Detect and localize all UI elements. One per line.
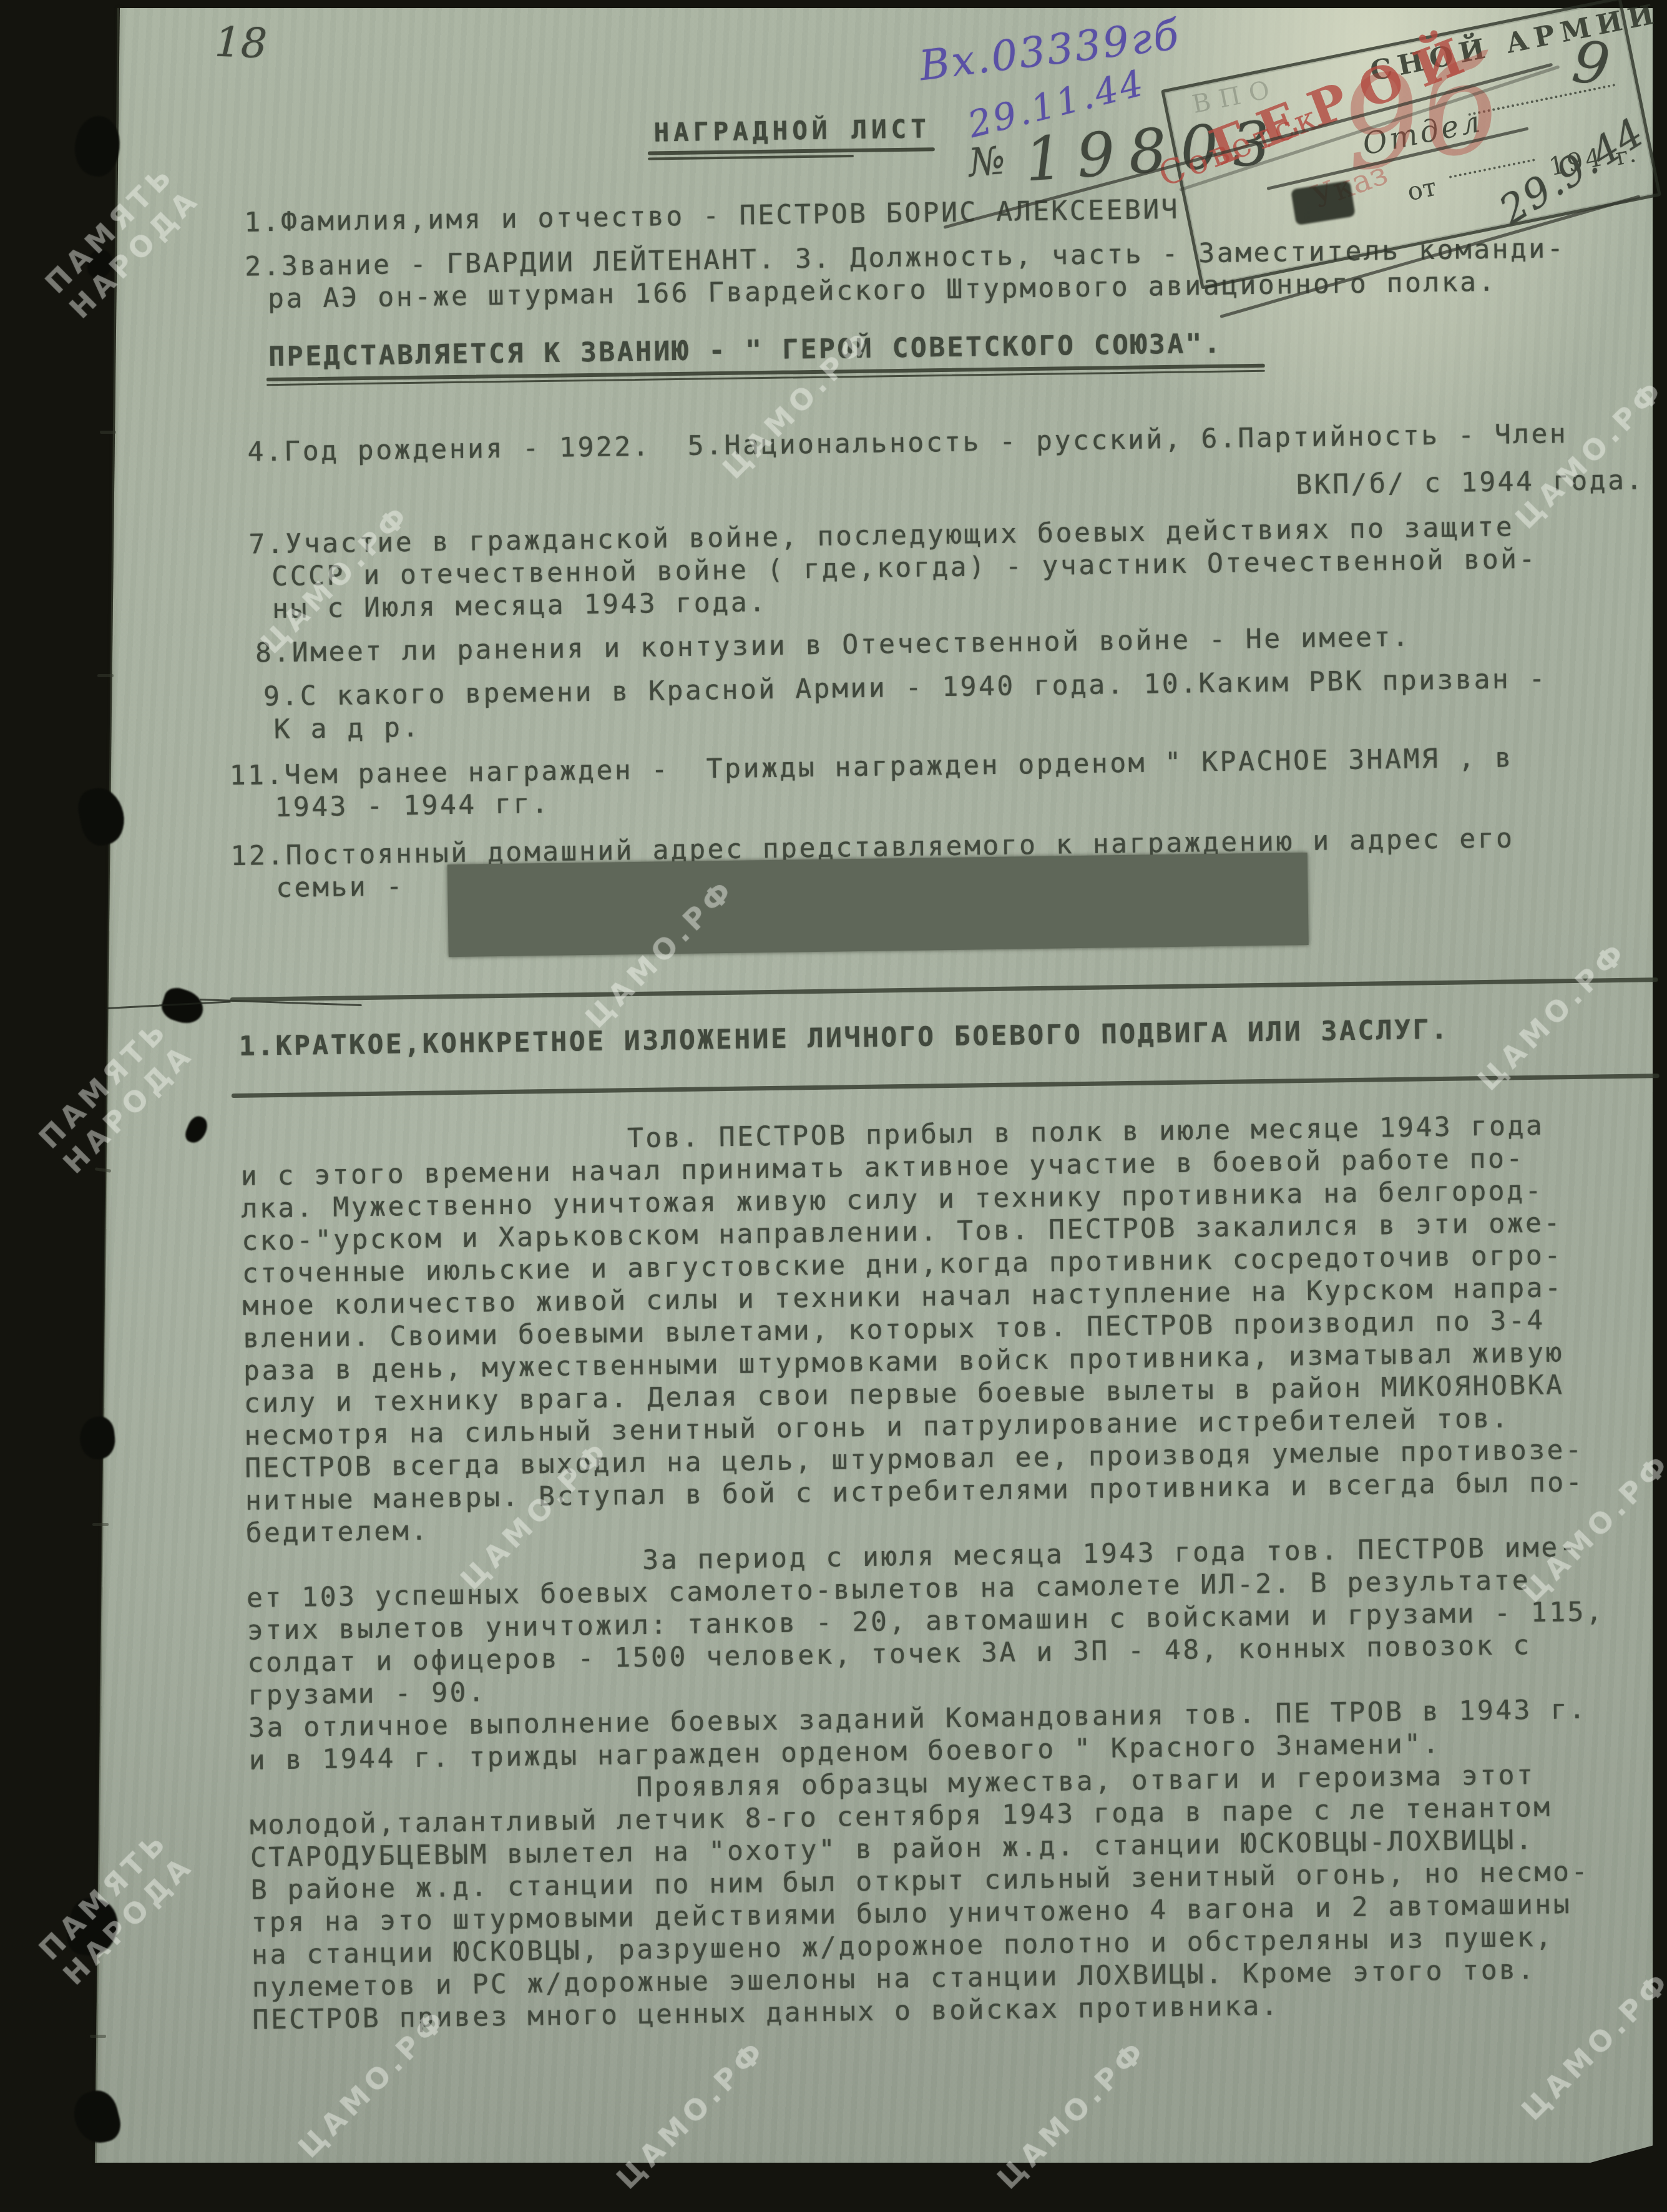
redaction-box xyxy=(447,853,1309,957)
form-item-4-5-6: 4.Год рождения - 1922. 5.Национальность … xyxy=(247,418,1568,468)
body-line: бедителем. xyxy=(245,1515,429,1549)
horizontal-rule-bottom xyxy=(232,1074,1660,1098)
form-item-9-10-line2: К а д р. xyxy=(273,712,421,745)
section-header-feat-description: 1.КРАТКОЕ,КОНКРЕТНОЕ ИЗЛОЖЕНИЕ ЛИЧНОГО Б… xyxy=(238,1014,1449,1062)
form-item-9-10-line1: 9.С какого времени в Красной Армии - 194… xyxy=(263,663,1548,713)
form-item-7-line3: ны с Июля месяца 1943 года. xyxy=(272,587,768,625)
form-item-11-line2: 1943 - 1944 гг. xyxy=(275,788,550,823)
form-item-12-line2: семьи - xyxy=(276,871,404,904)
title-underline-2 xyxy=(648,155,854,160)
form-item-8-wounds: 8.Имеет ли ранения и контузии в Отечеств… xyxy=(255,622,1411,669)
body-line: грузами - 90. xyxy=(248,1676,487,1711)
scanned-award-sheet: НАГРАДНОЙ ЛИСТ 1.Фамилия,имя и отчество … xyxy=(0,0,1667,2212)
document-number-sign: № xyxy=(967,137,1007,186)
horizontal-rule-top xyxy=(230,977,1658,1002)
typewritten-content: НАГРАДНОЙ ЛИСТ 1.Фамилия,имя и отчество … xyxy=(0,0,1667,2212)
title-underline xyxy=(648,147,935,155)
sheet-number-pencil: 18 xyxy=(214,18,268,68)
form-item-11-line1: 11.Чем ранее награжден - Трижды награжде… xyxy=(229,742,1513,791)
document-title: НАГРАДНОЙ ЛИСТ xyxy=(653,114,931,147)
